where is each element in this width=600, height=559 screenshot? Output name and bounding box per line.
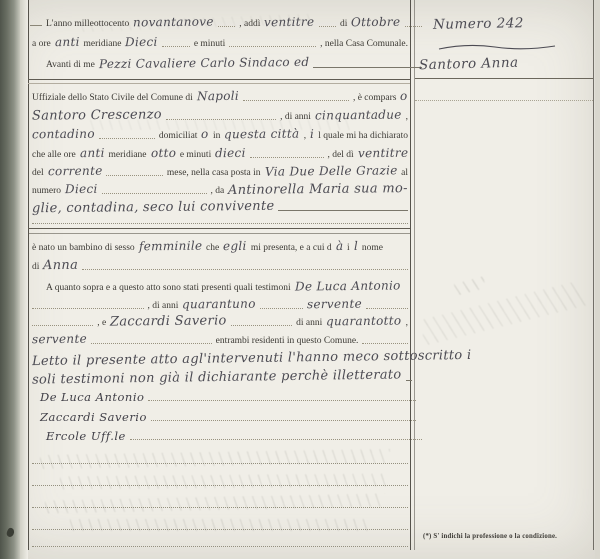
handwritten-hour: Dieci	[125, 36, 158, 49]
handwritten-meridian: anti	[80, 147, 105, 160]
solid-rule	[406, 380, 412, 381]
solid-rule	[278, 210, 408, 211]
scanned-birth-record: L'anno milleottocento novantanove , addì…	[0, 0, 600, 559]
handwritten-witness1-age: quarantuno	[182, 298, 256, 312]
dotted-rule	[32, 308, 144, 309]
closing-statement-line-2: soli testimoni non già il dichiarante pe…	[32, 371, 408, 384]
printed-text: meridiane	[83, 38, 121, 50]
handwritten-pronoun: egli	[223, 240, 247, 253]
handwritten-suffix: l	[354, 240, 358, 253]
right-border-line	[593, 0, 594, 550]
form-line-birth-time: che alle ore anti meridiane otto e minut…	[32, 147, 408, 161]
page-edge	[20, 0, 28, 559]
printed-text: A quanto sopra e a questo atto sono stat…	[46, 282, 291, 294]
printed-text: entrambi residenti in questo Comune.	[216, 335, 359, 347]
printed-text: mese, nella casa posta in	[167, 167, 261, 179]
solid-rule	[313, 67, 422, 68]
handwritten-suffix: à	[336, 240, 344, 253]
dotted-rule	[229, 46, 316, 47]
dotted-rule	[99, 138, 155, 139]
dotted-rule	[106, 175, 163, 176]
printed-text: ,	[406, 317, 408, 329]
bleed-through-strokes	[454, 276, 486, 295]
blank-rule	[32, 545, 408, 547]
margin-dotted-rule	[415, 100, 593, 101]
handwritten-witness2-age: quarantotto	[326, 315, 402, 329]
printed-text: di anni	[296, 317, 322, 329]
form-line-profession: contadino domiciliat o in questa città ,…	[32, 128, 408, 142]
dotted-rule	[319, 26, 336, 27]
handwritten-house-number: Dieci	[65, 183, 98, 196]
printed-text: i	[347, 242, 350, 254]
printed-text: del	[32, 167, 44, 179]
printed-text: di	[32, 261, 39, 273]
printed-text: a ore	[32, 38, 51, 50]
signature-row: Zaccardi Saverio	[32, 411, 416, 424]
handwritten-meridian: anti	[55, 36, 80, 49]
form-line-witness-1-age: , di anni quarantuno servente	[32, 298, 408, 312]
section-separator-faint	[28, 83, 410, 84]
handwritten-witness2-name: Zaccardi Saverio	[110, 314, 227, 328]
signature-row: Ercole Uff.le	[32, 430, 422, 443]
handwritten-mother-name: Antinorella Maria sua mo-	[228, 182, 408, 197]
blank-rule	[32, 222, 408, 224]
witness2-signature: Zaccardi Saverio	[40, 411, 147, 424]
form-line-comune: Uffiziale dello Stato Civile del Comune …	[32, 90, 408, 104]
book-binding-edge	[0, 0, 20, 559]
printed-text: meridiane	[109, 149, 147, 161]
bleed-through-strokes	[90, 120, 350, 130]
dotted-rule	[231, 325, 292, 326]
handwritten-profession: contadino	[32, 128, 95, 142]
printed-text: , di anni	[148, 300, 179, 312]
printed-text: di	[340, 18, 347, 30]
bleed-through-strokes	[60, 474, 390, 490]
handwritten-day: ventitre	[358, 147, 408, 161]
handwritten-sex: femminile	[139, 240, 202, 254]
form-line-official: Avanti di me Pezzi Cavaliere Carlo Sinda…	[32, 57, 422, 71]
dotted-rule	[362, 343, 408, 344]
handwritten-witness1-name: De Luca Antonio	[295, 279, 401, 293]
bleed-through-strokes	[419, 280, 585, 345]
official-signature: Ercole Uff.le	[46, 430, 126, 443]
form-line-address: del corrente mese, nella casa posta in V…	[32, 165, 408, 179]
printed-text: Uffiziale dello Stato Civile del Comune …	[32, 92, 193, 104]
dotted-rule	[260, 308, 303, 309]
printed-text: che	[206, 242, 219, 254]
section-separator	[28, 228, 410, 229]
handwritten-official-name: Pezzi Cavaliere Carlo Sindaco ed	[99, 56, 309, 71]
handwritten-witness2-profession: servente	[32, 333, 87, 347]
section-separator	[28, 79, 410, 80]
margin-registered-name: Santoro Anna	[419, 55, 519, 74]
handwritten-witness1-profession: servente	[306, 298, 361, 312]
form-line-child-name: di Anna	[32, 259, 408, 273]
printed-text: nome	[362, 242, 383, 254]
margin-column: Numero 242 Santoro Anna (*) S' indichi l…	[415, 0, 593, 550]
signature-row: De Luca Antonio	[32, 391, 416, 404]
printed-text: , e	[97, 317, 106, 329]
footnote-profession: (*) S' indichi la professione o la condi…	[423, 532, 557, 541]
bleed-through-strokes	[70, 519, 370, 531]
dotted-rule	[32, 325, 93, 326]
bleed-through-strokes	[45, 493, 385, 513]
printed-text: è nato un bambino di sesso	[32, 242, 135, 254]
printed-text: al	[401, 167, 408, 179]
form-line-witness-2-profession: servente entrambi residenti in questo Co…	[32, 333, 408, 347]
printed-text: ,	[304, 130, 306, 142]
handwritten-month-ref: corrente	[48, 165, 103, 179]
printed-text: Avanti di me	[46, 59, 95, 71]
handwritten-minutes: dieci	[215, 147, 246, 160]
printed-text: numero	[32, 185, 61, 197]
handwritten-closing: soli testimoni non già il dichiarante pe…	[32, 368, 402, 386]
scan-right-edge	[595, 0, 600, 559]
dotted-rule	[102, 193, 207, 194]
printed-text: che alle ore	[32, 149, 76, 161]
printed-text: , nella Casa Comunale.	[320, 38, 408, 50]
margin-act-number: Numero 242	[433, 15, 524, 33]
printed-text: e minuti	[194, 38, 225, 50]
form-line-newborn: è nato un bambino di sesso femminile che…	[32, 240, 408, 254]
dotted-rule	[250, 157, 324, 158]
handwritten-street: Via Due Delle Grazie	[264, 164, 397, 178]
dotted-rule	[82, 269, 408, 270]
printed-text: , è compars	[353, 92, 397, 104]
printed-text: , da	[211, 185, 225, 197]
form-line-mother-cont: glie, contadina, seco lui convivente	[32, 201, 408, 214]
dotted-rule	[366, 308, 409, 309]
form-line-witness-1: A quanto sopra e a questo atto sono stat…	[32, 280, 422, 294]
dotted-rule	[243, 100, 349, 101]
printed-text: mi presenta, e a cui d	[251, 242, 332, 254]
dotted-rule	[148, 400, 416, 401]
handwritten-closing: Letto il presente atto agl'intervenuti l…	[32, 349, 472, 368]
printed-text: domiciliat	[159, 130, 198, 142]
dotted-rule	[130, 439, 422, 440]
closing-statement-line-1: Letto il presente atto agl'intervenuti l…	[32, 352, 408, 365]
handwritten-mother-details: glie, contadina, seco lui convivente	[32, 200, 275, 216]
witness1-signature: De Luca Antonio	[40, 391, 144, 404]
handwritten-month: Ottobre	[351, 16, 400, 30]
handwritten-suffix: o	[400, 90, 408, 103]
printed-text: e minuti	[180, 149, 211, 161]
margin-underline	[415, 78, 593, 79]
dotted-rule	[162, 46, 190, 47]
section-separator-2	[28, 233, 410, 234]
form-line-mother: numero Dieci , da Antinorella Maria sua …	[32, 183, 408, 197]
flourish-mark	[437, 42, 557, 52]
printed-text: l quale mi ha dichiarato	[318, 130, 408, 142]
margin-divider-line	[410, 0, 411, 550]
handwritten-child-name: Anna	[43, 259, 78, 272]
printed-text: in	[213, 130, 220, 142]
form-line-hour: a ore anti meridiane Dieci e minuti , ne…	[32, 36, 408, 50]
handwritten-comune: Napoli	[197, 90, 239, 103]
printed-text: ,	[406, 111, 408, 123]
dotted-rule	[91, 343, 212, 344]
handwritten-hour: otto	[150, 147, 175, 160]
bleed-through-strokes	[40, 449, 390, 469]
printed-text: , del dì	[328, 149, 354, 161]
dotted-rule	[151, 420, 416, 421]
form-line-witness-2: , e Zaccardi Saverio di anni quarantotto…	[32, 315, 408, 329]
